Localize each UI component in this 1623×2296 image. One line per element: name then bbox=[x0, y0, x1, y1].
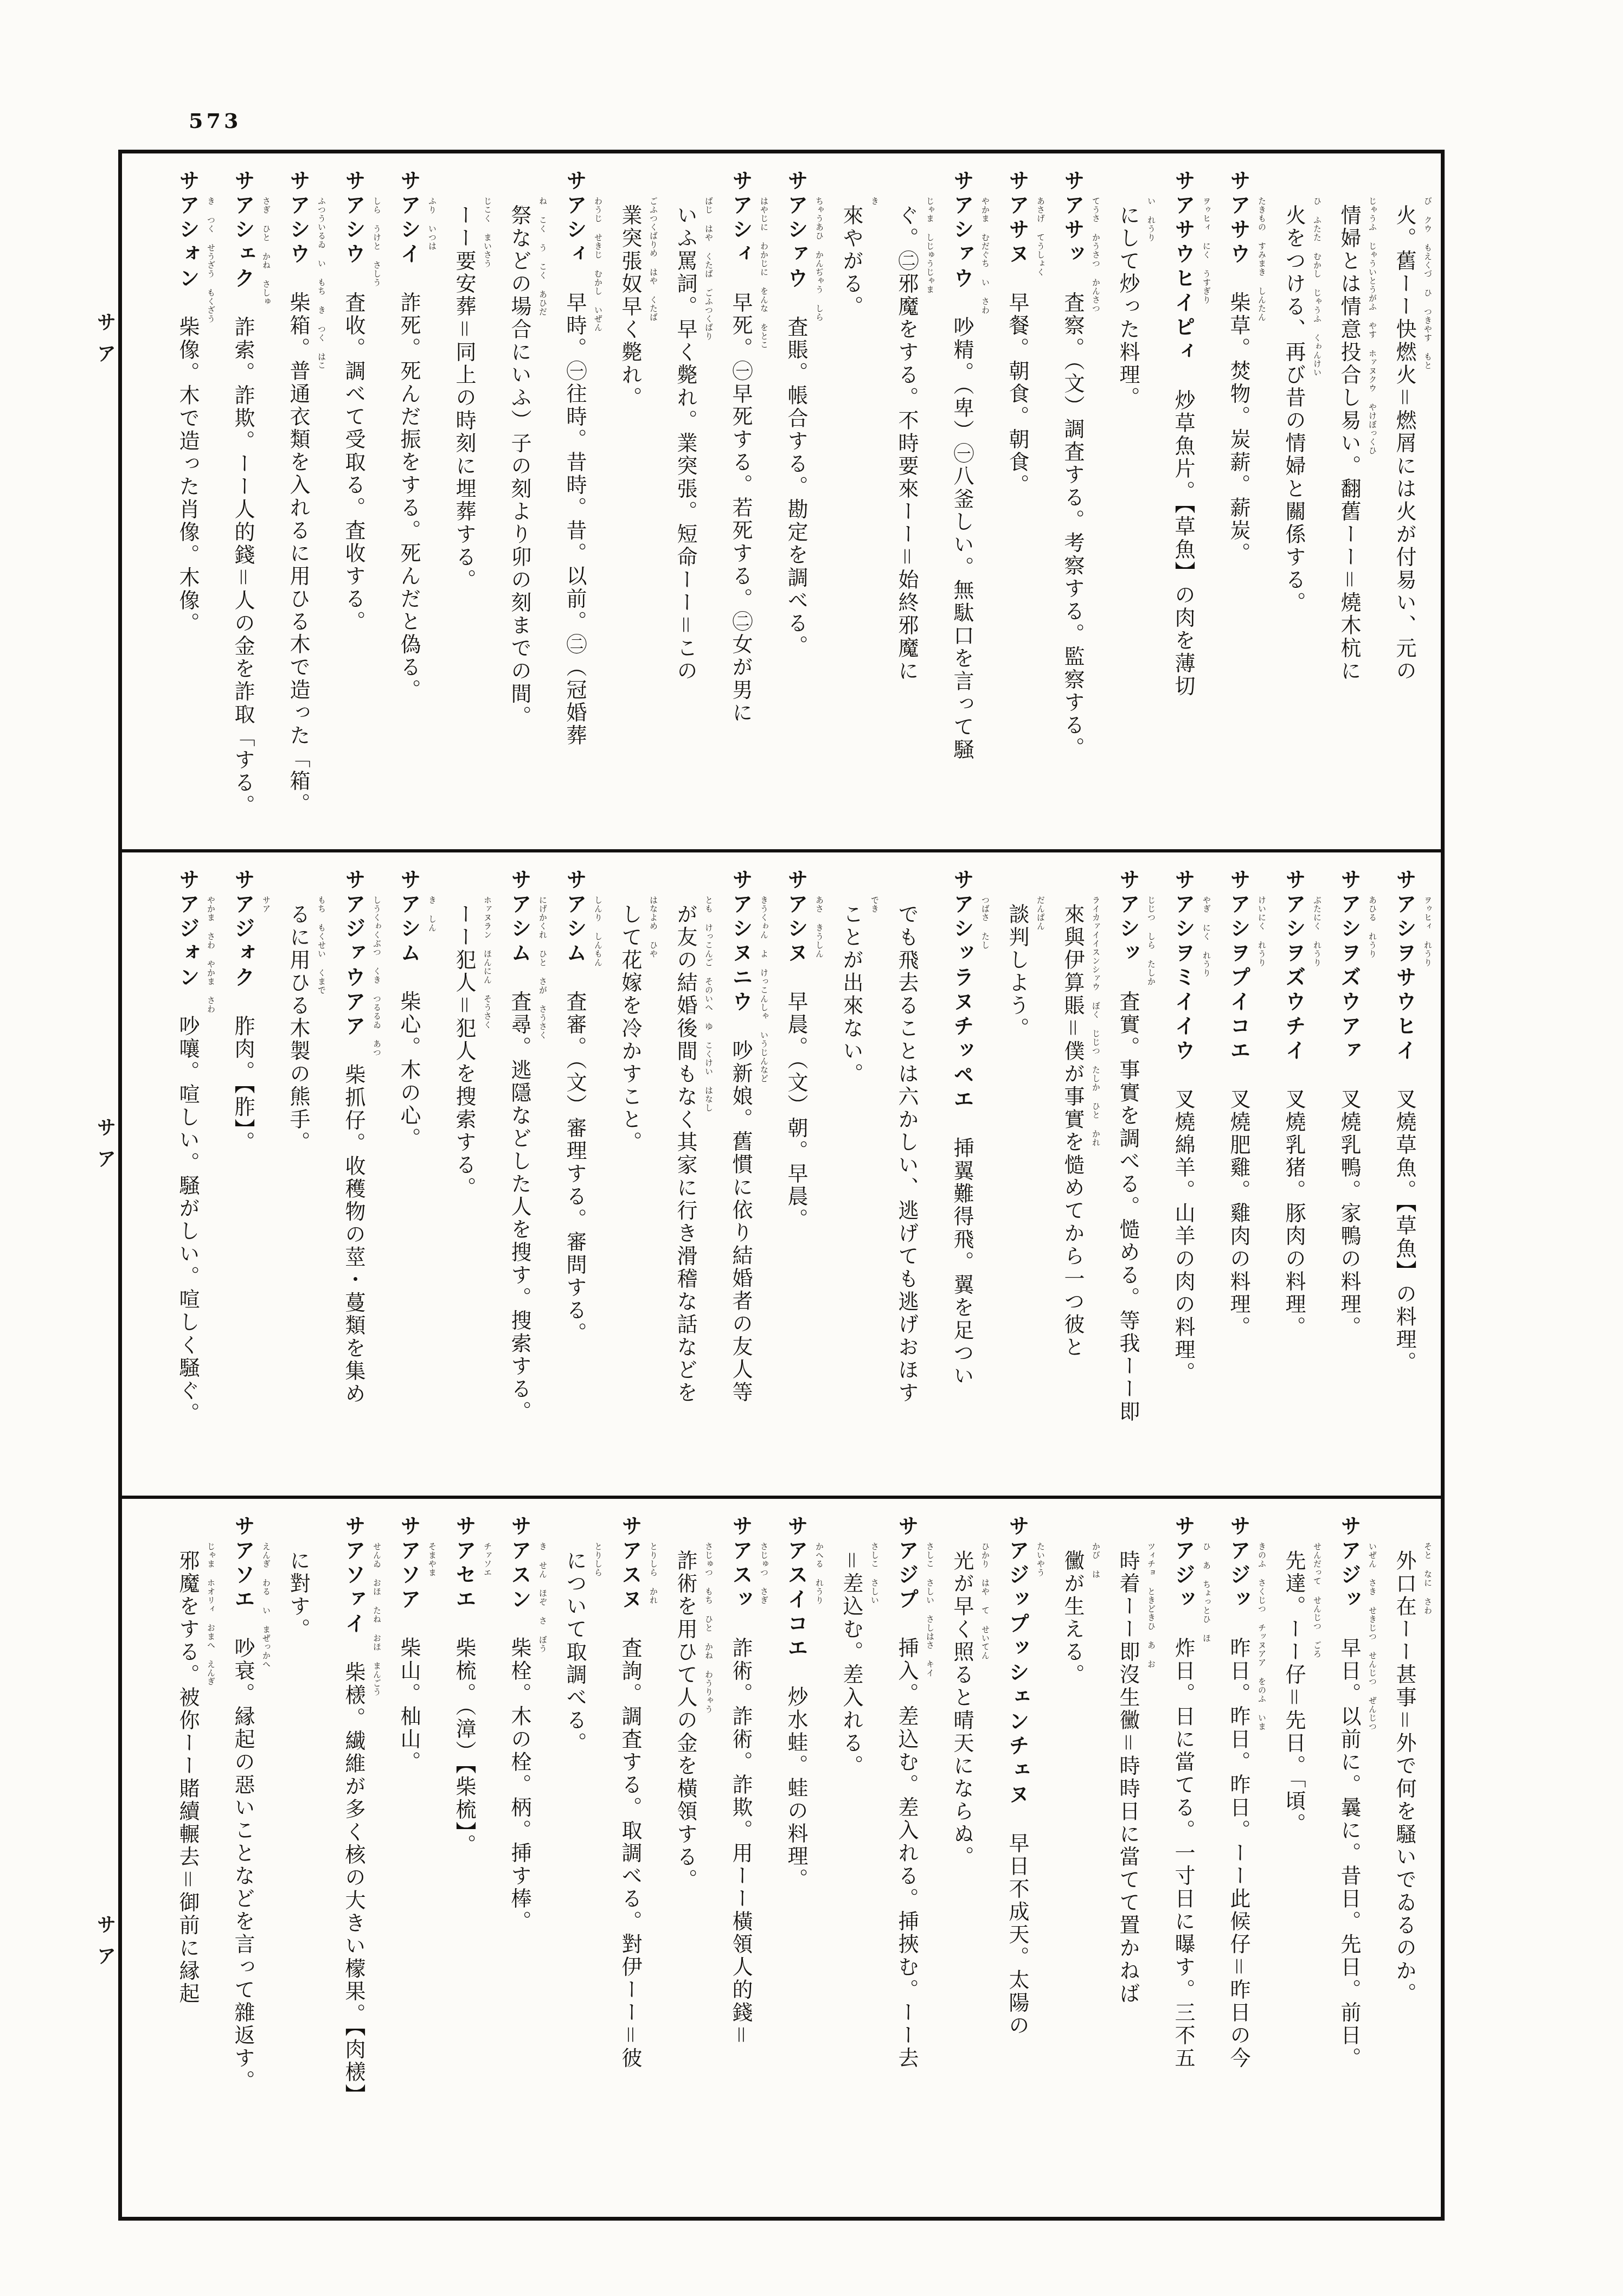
entry-column: サアシヲミイイウ 叉燒綿羊。山羊の肉の料理。やぎ にく れうり bbox=[1156, 865, 1211, 1486]
definition-text: 査尋。逃隱などした人を搜す。搜索する。 bbox=[508, 991, 531, 1423]
definition-text: 査詢。調査する。取調べる。對伊ーー＝彼 bbox=[618, 1637, 642, 2070]
furigana-ruby: じじつ しら たしか bbox=[1146, 896, 1156, 986]
continuation-column: 光が早く照ると晴天にならぬ。ひかり はや て せいてん bbox=[934, 1512, 990, 2208]
definition-text: ーー犯人＝犯人を搜索する。 bbox=[452, 903, 476, 1200]
furigana-ruby: さじゅつ さぎ bbox=[759, 1542, 768, 1605]
definition-text: 早餐。朝食。朝食。 bbox=[1005, 292, 1029, 497]
furigana-ruby: ヲゥヒィ れうり bbox=[1423, 896, 1432, 967]
entry-column: サアスッ 詐術。詐術。詐欺。用ーー橫領人的錢＝さじゅつ さぎ bbox=[713, 1512, 768, 2208]
entry-column: サアジッ 昨日。昨日。昨日。ーー此候仔＝昨日の今きのふ さくじつ チッヌアア を… bbox=[1211, 1512, 1266, 2208]
furigana-ruby: いぜん さき せきじつ せんじつ ぜんじつ bbox=[1368, 1542, 1377, 1731]
definition-text: 炸日。日に當てる。一寸日に曝す。三不五 bbox=[1171, 1637, 1195, 2070]
definition-text: 談判しよう。 bbox=[1005, 903, 1029, 1040]
furigana-ruby: けいにく れうり bbox=[1257, 896, 1266, 967]
definition-text: 柴山。杣山。 bbox=[397, 1637, 421, 1774]
definition-text: るに用ひる木製の熊手。 bbox=[286, 903, 310, 1154]
furigana-ruby: ごふつくばりめ はや くたば bbox=[649, 197, 658, 322]
continuation-column: 談判しよう。だんぱん bbox=[990, 865, 1045, 1486]
continuation-column: 時着ーー即沒生黴＝時時日に當てて置かねばツィチョ ときどきひ あ お bbox=[1100, 1512, 1156, 2208]
headword-katakana: サアシァウ bbox=[784, 170, 809, 316]
definition-text: 挿入。差込む。差入れる。挿挾む。ーー去 bbox=[895, 1637, 919, 2070]
furigana-ruby: とりしら かれ bbox=[649, 1542, 658, 1605]
definition-text: 柴心。木の心。 bbox=[397, 991, 421, 1150]
furigana-ruby: き つく せうざう もくざう bbox=[206, 197, 215, 323]
headword-katakana: サアサウ bbox=[1227, 170, 1251, 292]
furigana-ruby: ライカァイイスンシァウ ぼく じじつ たしか ひと かれ bbox=[1091, 896, 1100, 1147]
definition-text: 柴檨。繊維が多く核の大きい檬果。【肉檨】 bbox=[342, 1662, 365, 2107]
entry-column: サアシイ 詐死。死んだ振をする。死んだと偽る。ふり いつは bbox=[381, 166, 437, 839]
headword-katakana: サアスイコエ bbox=[784, 1515, 809, 1686]
furigana-ruby: さぎ ひと かね さしゅ bbox=[261, 197, 271, 306]
continuation-column: 情婦とは情意投合し易い。翻舊ーー＝燒木杭にじゃうふ じゃういとうがふ やす ホァ… bbox=[1322, 166, 1377, 839]
entry-column: サアシム 査尋。逃隱などした人を搜す。搜索する。にげかくれ ひと さが さうさく bbox=[492, 865, 547, 1486]
definition-text: 柴像。木で造った肖像。木像。 bbox=[176, 316, 200, 635]
headword-katakana: サアジォン bbox=[176, 869, 200, 1015]
definition-text: 叉燒肥雞。雞肉の料理。 bbox=[1227, 1088, 1250, 1339]
furigana-ruby: てうさ かうさつ かんさつ bbox=[1091, 197, 1100, 313]
entry-column: サアシェク 詐索。詐欺。ーー人的錢＝人の金を詐取「する。さぎ ひと かね さしゅ bbox=[215, 166, 271, 839]
definition-text: 黴が生える。 bbox=[1061, 1550, 1085, 1686]
furigana-ruby: はなよめ ひや bbox=[649, 896, 658, 958]
furigana-ruby: しうくゎくぶつ くき つるるゐ あつ bbox=[372, 896, 381, 1057]
headword-katakana: サアシヲサウヒイ bbox=[1393, 869, 1417, 1088]
furigana-ruby: やかま むだぐち い さわ bbox=[980, 197, 990, 315]
definition-text: 炒水蛙。蛙の料理。 bbox=[784, 1686, 808, 1891]
headword-katakana: サアスッ bbox=[729, 1515, 753, 1637]
furigana-ruby: じゃま しじゅうじゃま bbox=[925, 197, 934, 294]
entry-column: サアスイコエ 炒水蛙。蛙の料理。かへる れうり bbox=[768, 1512, 824, 2208]
entry-band-top: 火。舊ーー快燃火＝燃屑には火が付易い、元のび クウ もえくづ ひ つきやす もと… bbox=[122, 153, 1441, 849]
continuation-column: ーー犯人＝犯人を搜索する。ホァヌラン ほんにん そうさく bbox=[437, 865, 492, 1486]
entry-column: サアシィ 早死。㊀早死する。若死する。㊁女が男にはやじに わかじに をんな をと… bbox=[713, 166, 768, 839]
continuation-column: について取調べる。とりしら bbox=[547, 1512, 602, 2208]
definition-text: でも飛去ることは六かしい、逃げても逃げおほす bbox=[895, 903, 919, 1404]
entry-column: サアシヲズウチイ 叉燒乳猪。豚肉の料理。ぶたにく れうり bbox=[1266, 865, 1322, 1486]
entry-column: サアシォン 柴像。木で造った肖像。木像。き つく せうざう もくざう bbox=[160, 166, 215, 839]
headword-katakana: サアソエ bbox=[231, 1515, 255, 1637]
margin-section-label-bottom: サア bbox=[87, 1914, 119, 1977]
headword-katakana: サアシヲプイコエ bbox=[1227, 869, 1251, 1088]
definition-text: について取調べる。 bbox=[563, 1550, 587, 1755]
entry-band-bottom: 外口在ーー甚事＝外で何を騷いでゐるのか。そと なに さわサアジッ 早日。以前に。… bbox=[122, 1496, 1441, 2218]
entry-column: サアセエ 柴梳。（漳）【柴梳】。チァソエ bbox=[437, 1512, 492, 2208]
definition-text: 査審。（文）審理する。審問する。 bbox=[563, 991, 587, 1345]
scanned-dictionary-page: { "page_number": "573", "margin_labels":… bbox=[0, 0, 1623, 2296]
definition-text: 昨日。昨日。昨日。ーー此候仔＝昨日の今 bbox=[1227, 1637, 1250, 2070]
furigana-ruby: だんぱん bbox=[1036, 896, 1045, 931]
definition-text: 情婦とは情意投合し易い。翻舊ーー＝燒木杭に bbox=[1337, 204, 1361, 683]
headword-katakana: サアシヲミイイウ bbox=[1171, 869, 1196, 1088]
definition-text: 吵嚷。喧しい。騒がしい。喧しく騒ぐ。 bbox=[176, 1015, 200, 1425]
continuation-column: 黴が生える。かび は bbox=[1045, 1512, 1100, 2208]
entry-column: サアジプ 挿入。差込む。差入れる。挿挾む。ーー去さしこ さしい さしはさ キイ bbox=[879, 1512, 934, 2208]
headword-katakana: サアサッ bbox=[1061, 170, 1085, 292]
definition-text: 來やがる。 bbox=[839, 204, 863, 318]
entry-column: サアシッ 査實。事實を調べる。慥める。等我ーー即じじつ しら たしか bbox=[1100, 865, 1156, 1486]
margin-section-label-middle: サア bbox=[87, 1117, 119, 1180]
definition-text: 光が早く照ると晴天にならぬ。 bbox=[950, 1550, 974, 1869]
headword-katakana: サアサウヒイピィ bbox=[1171, 170, 1196, 389]
continuation-column: 火をつける、再び昔の情婦と關係する。ひ ふたた むかし じゃうふ くゎんけい bbox=[1266, 166, 1322, 839]
furigana-ruby: きうくゎん よ けっこんしゃ いうじんなど bbox=[759, 896, 768, 1083]
furigana-ruby: しんり しんもん bbox=[593, 896, 602, 967]
headword-katakana: サアシァウ bbox=[950, 170, 974, 316]
headword-katakana: サアシム bbox=[397, 869, 421, 991]
furigana-ruby: ひ ふたた むかし じゃうふ くゎんけい bbox=[1312, 197, 1322, 377]
furigana-ruby: ぶたにく れうり bbox=[1312, 896, 1322, 967]
definition-text: 詐死。死んだ振をする。死んだと偽る。 bbox=[397, 292, 421, 702]
furigana-ruby: たいやう bbox=[1036, 1542, 1045, 1577]
furigana-ruby: せんだって せんじつ ごろ bbox=[1312, 1542, 1322, 1658]
continuation-column: にして炒った料理。い れうり bbox=[1100, 166, 1156, 839]
definition-text: にして炒った料理。 bbox=[1116, 204, 1140, 409]
furigana-ruby: ひかり はや て せいてん bbox=[980, 1542, 990, 1660]
definition-text: 吵精。（卑）㊀八釜しい。無駄口を言って騒 bbox=[950, 316, 974, 761]
headword-katakana: サアシム bbox=[508, 869, 532, 991]
definition-text: が友の結婚後間もなく其家に行き滑稽な話などを bbox=[673, 903, 697, 1404]
definition-text: 柴抓仔。收穫物の莖・蔓類を集め bbox=[342, 1064, 365, 1406]
definition-text: 柴草。焚物。炭薪。薪炭。 bbox=[1227, 292, 1250, 565]
definition-text: 査賬。帳合する。勘定を調べる。 bbox=[784, 316, 808, 658]
definition-text: 炒草魚片。【草魚】の肉を薄切 bbox=[1171, 389, 1195, 698]
furigana-ruby: き しん bbox=[427, 896, 437, 932]
margin-section-label-top: サア bbox=[87, 312, 119, 375]
definition-text: 挿翼難得飛。翼を足つい bbox=[950, 1137, 974, 1388]
furigana-ruby: サア bbox=[261, 896, 271, 913]
continuation-column: ＝差込む。差入れる。さしこ さしい bbox=[824, 1512, 879, 2208]
definition-text: 叉燒乳鴨。家鴨の料理。 bbox=[1337, 1088, 1361, 1339]
definition-text: 叉燒綿羊。山羊の肉の料理。 bbox=[1171, 1088, 1195, 1384]
headword-katakana: サアソァイ bbox=[342, 1515, 366, 1662]
entry-column: サアジォク 胙肉。【胙】。サア bbox=[215, 865, 271, 1486]
headword-katakana: サアジァウアア bbox=[342, 869, 366, 1064]
entry-column: サアサウ 柴草。焚物。炭薪。薪炭。たきもの すみまき しんたん bbox=[1211, 166, 1266, 839]
headword-katakana: サアシェク bbox=[231, 170, 255, 316]
headword-katakana: サアセエ bbox=[452, 1515, 477, 1637]
continuation-column: ぐ。㊁邪魔をする。不時要來ーー＝始終邪魔にじゃま しじゅうじゃま bbox=[879, 166, 934, 839]
entry-column: サアソエ 吵衰。縁起の惡いことなどを言って雜返す。えんぎ わる い まぜっかへ bbox=[215, 1512, 271, 2208]
headword-katakana: サアシウ bbox=[342, 170, 366, 292]
continuation-column: でも飛去ることは六かしい、逃げても逃げおほす bbox=[879, 865, 934, 1486]
definition-text: 吵新娘。舊慣に依り結婚者の友人等 bbox=[729, 1040, 753, 1404]
headword-katakana: サアサヌ bbox=[1005, 170, 1030, 292]
continuation-column: 祭などの場合にいふ）子の刻より卯の刻までの間。ね こく う こく あひだ bbox=[492, 166, 547, 839]
furigana-ruby: ふつういるゐ い もち き つく はこ bbox=[317, 197, 326, 370]
furigana-ruby: き せん ほぞ さ ぼう bbox=[538, 1542, 547, 1653]
definition-text: して花嫁を冷かすこと。 bbox=[618, 903, 642, 1154]
definition-text: いふ罵詞。早く斃れ。業突張。短命ーー＝この bbox=[673, 204, 697, 683]
definition-text: ーー要安葬＝同上の時刻に埋葬する。 bbox=[452, 204, 476, 592]
furigana-ruby: ちゃうあひ かんぢゃう しら bbox=[814, 197, 824, 322]
definition-text: 早晨。（文）朝。早晨。 bbox=[784, 991, 808, 1231]
definition-text: 先達。ーー仔＝先日。「頃。 bbox=[1282, 1550, 1306, 1836]
entry-band-middle: サアシヲサウヒイ 叉燒草魚。【草魚】の料理。ヲゥヒィ れうりサアシヲズウアァ 叉… bbox=[122, 849, 1441, 1496]
definition-text: 吵衰。縁起の惡いことなどを言って雜返す。 bbox=[231, 1637, 255, 2093]
furigana-ruby: じこく まいさう bbox=[483, 197, 492, 268]
headword-katakana: サアシイ bbox=[397, 170, 421, 292]
headword-katakana: サアシウ bbox=[286, 170, 311, 292]
entry-column: サアスヌ 査詢。調査する。取調べる。對伊ーー＝彼とりしら かれ bbox=[602, 1512, 658, 2208]
headword-katakana: サアジッ bbox=[1227, 1515, 1251, 1637]
definition-text: 柴栓。木の栓。柄。挿す棒。 bbox=[508, 1637, 531, 1933]
entry-column: サアソア 柴山。杣山。そまやま bbox=[381, 1512, 437, 2208]
definition-text: 詐術。詐術。詐欺。用ーー橫領人的錢＝ bbox=[729, 1637, 753, 2047]
continuation-column: いふ罵詞。早く斃れ。業突張。短命ーー＝このばじ はや くたば ごふつくばり bbox=[658, 166, 713, 839]
entry-column: サアジッ 早日。以前に。曩に。昔日。先日。前日。いぜん さき せきじつ せんじつ… bbox=[1322, 1512, 1377, 2208]
definition-text: 叉燒草魚。【草魚】の料理。 bbox=[1393, 1088, 1416, 1374]
definition-text: 叉燒乳猪。豚肉の料理。 bbox=[1282, 1088, 1306, 1339]
headword-katakana: サアシヲズウアァ bbox=[1337, 869, 1362, 1088]
continuation-column: に對す。 bbox=[271, 1512, 326, 2208]
definition-text: 邪魔をする。被你ーー賭續輾去＝御前に縁起 bbox=[176, 1550, 200, 2005]
entry-column: サアシィ 早時。㊀往時。昔時。昔。以前。㊁（冠婚葬わうじ せきじ むかし いぜん bbox=[547, 166, 602, 839]
entry-column: サアサヌ 早餐。朝食。朝食。あさげ てうしょく bbox=[990, 166, 1045, 839]
headword-katakana: サアジップッシェンチェヌ bbox=[1005, 1515, 1030, 1832]
page-number: 573 bbox=[189, 108, 241, 133]
definition-text: ことが出來ない。 bbox=[839, 903, 863, 1086]
furigana-ruby: わうじ せきじ むかし いぜん bbox=[593, 197, 602, 332]
headword-katakana: サアジプ bbox=[895, 1515, 919, 1637]
definition-text: 來與伊算賬＝僕が事實を慥めてから一つ彼と bbox=[1061, 903, 1085, 1359]
furigana-ruby: やかま さわ やかま さわ bbox=[206, 896, 215, 1014]
headword-katakana: サアシィ bbox=[729, 170, 753, 292]
entry-column: サアシヲズウアァ 叉燒乳鴨。家鴨の料理。あひる れうり bbox=[1322, 865, 1377, 1486]
continuation-column: が友の結婚後間もなく其家に行き滑稽な話などをとも けっこんご そのいへ ゆ こく… bbox=[658, 865, 713, 1486]
definition-text: 祭などの場合にいふ）子の刻より卯の刻までの間。 bbox=[508, 204, 531, 728]
furigana-ruby: はやじに わかじに をんな をとこ bbox=[759, 197, 768, 349]
entry-column: サアシム 査審。（文）審理する。審問する。しんり しんもん bbox=[547, 865, 602, 1486]
definition-text: 外口在ーー甚事＝外で何を騷いでゐるのか。 bbox=[1393, 1550, 1416, 2005]
furigana-ruby: とも けっこんご そのいへ ゆ こくけい はなし bbox=[704, 896, 713, 1112]
headword-katakana: サアジォク bbox=[231, 869, 255, 1015]
furigana-ruby: あさげ てうしょく bbox=[1036, 197, 1045, 277]
furigana-ruby: さじゅつ もち ひと かね わうりゃう bbox=[704, 1542, 713, 1714]
entry-column: サアシァウ 吵精。（卑）㊀八釜しい。無駄口を言って騒やかま むだぐち い さわ bbox=[934, 166, 990, 839]
furigana-ruby: かへる れうり bbox=[814, 1542, 824, 1605]
furigana-ruby: もち もくせい くまで bbox=[317, 896, 326, 995]
furigana-ruby: えんぎ わる い まぜっかへ bbox=[261, 1542, 271, 1669]
entry-column: サアシム 柴心。木の心。き しん bbox=[381, 865, 437, 1486]
continuation-column: 業突張奴早く斃れ。ごふつくばりめ はや くたば bbox=[602, 166, 658, 839]
headword-katakana: サアソア bbox=[397, 1515, 421, 1637]
furigana-ruby: たきもの すみまき しんたん bbox=[1257, 197, 1266, 322]
furigana-ruby: つばさ たし bbox=[980, 896, 990, 950]
entry-column: サアジァウアア 柴抓仔。收穫物の莖・蔓類を集めしうくゎくぶつ くき つるるゐ あ… bbox=[326, 865, 381, 1486]
continuation-column: るに用ひる木製の熊手。もち もくせい くまで bbox=[271, 865, 326, 1486]
continuation-column: ーー要安葬＝同上の時刻に埋葬する。じこく まいさう bbox=[437, 166, 492, 839]
furigana-ruby: ひ あ ちょっとひ ほ bbox=[1202, 1542, 1211, 1643]
furigana-ruby: ホァヌラン ほんにん そうさく bbox=[483, 896, 492, 1029]
furigana-ruby: しら うけと さしう bbox=[372, 197, 381, 287]
headword-katakana: サアジッ bbox=[1337, 1515, 1362, 1637]
definition-text: 査實。事實を調べる。慥める。等我ーー即 bbox=[1116, 991, 1140, 1423]
definition-text: 早時。㊀往時。昔時。昔。以前。㊁（冠婚葬 bbox=[563, 292, 587, 747]
definition-text: 時着ーー即沒生黴＝時時日に當てて置かねば bbox=[1116, 1550, 1140, 2005]
continuation-column: ことが出來ない。でき bbox=[824, 865, 879, 1486]
entry-column: サアシヌニウ 吵新娘。舊慣に依り結婚者の友人等きうくゎん よ けっこんしゃ いう… bbox=[713, 865, 768, 1486]
furigana-ruby: ね こく う こく あひだ bbox=[538, 197, 547, 316]
continuation-column: 外口在ーー甚事＝外で何を騷いでゐるのか。そと なに さわ bbox=[1377, 1512, 1432, 2208]
definition-text: 業突張奴早く斃れ。 bbox=[618, 204, 642, 409]
furigana-ruby: きのふ さくじつ チッヌアア をのふ いま bbox=[1257, 1542, 1266, 1731]
furigana-ruby: さしこ さしい bbox=[870, 1542, 879, 1605]
continuation-column: 火。舊ーー快燃火＝燃屑には火が付易い、元のび クウ もえくづ ひ つきやす もと bbox=[1377, 166, 1432, 839]
definition-text: 査收。調べて受取る。査收する。 bbox=[342, 292, 365, 633]
headword-katakana: サアシッ bbox=[1116, 869, 1140, 991]
furigana-ruby: い れうり bbox=[1146, 197, 1156, 242]
entry-column: サアシヲサウヒイ 叉燒草魚。【草魚】の料理。ヲゥヒィ れうり bbox=[1377, 865, 1432, 1486]
furigana-ruby: ツィチョ ときどきひ あ お bbox=[1146, 1542, 1156, 1669]
entry-column: サアジップッシェンチェヌ 早日不成天。太陽のたいやう bbox=[990, 1512, 1045, 2208]
definition-text: 早日不成天。太陽の bbox=[1005, 1832, 1029, 2037]
entry-column: サアサッ 査察。（文）調査する。考察する。監察する。てうさ かうさつ かんさつ bbox=[1045, 166, 1100, 839]
headword-katakana: サアシィ bbox=[563, 170, 587, 292]
definition-text: ＝差込む。差入れる。 bbox=[839, 1550, 863, 1778]
definition-text: 査察。（文）調査する。考察する。監察する。 bbox=[1061, 292, 1085, 760]
furigana-ruby: でき bbox=[870, 896, 879, 913]
headword-katakana: サアスヌ bbox=[618, 1515, 643, 1637]
continuation-column: 邪魔をする。被你ーー賭續輾去＝御前に縁起じゃま ホオリィ おまへ えんぎ bbox=[160, 1512, 215, 2208]
headword-katakana: サアスン bbox=[508, 1515, 532, 1637]
definition-text: 早死。㊀早死する。若死する。㊁女が男に bbox=[729, 292, 753, 724]
entry-column: サアシァウ 査賬。帳合する。勘定を調べる。ちゃうあひ かんぢゃう しら bbox=[768, 166, 824, 839]
entry-column: サアソァイ 柴檨。繊維が多く核の大きい檬果。【肉檨】せんゐ おほ たね おほ ま… bbox=[326, 1512, 381, 2208]
furigana-ruby: やぎ にく れうり bbox=[1202, 896, 1211, 977]
continuation-column: 來與伊算賬＝僕が事實を慥めてから一つ彼とライカァイイスンシァウ ぼく じじつ た… bbox=[1045, 865, 1100, 1486]
definition-text: ぐ。㊁邪魔をする。不時要來ーー＝始終邪魔に bbox=[895, 204, 919, 683]
headword-katakana: サアシッラヌチッペエ bbox=[950, 869, 974, 1137]
furigana-ruby: ばじ はや くたば ごふつくばり bbox=[704, 197, 713, 341]
furigana-ruby: かび は bbox=[1091, 1542, 1100, 1579]
furigana-ruby: ヲゥヒィ にく うすぎり bbox=[1202, 197, 1211, 304]
definition-text: 柴梳。（漳）【柴梳】。 bbox=[452, 1637, 476, 1857]
furigana-ruby: じゃま ホオリィ おまへ えんぎ bbox=[206, 1542, 215, 1686]
furigana-ruby: にげかくれ ひと さが さうさく bbox=[538, 896, 547, 1040]
entry-column: サアスン 柴栓。木の栓。柄。挿す棒。き せん ほぞ さ ぼう bbox=[492, 1512, 547, 2208]
furigana-ruby: ふり いつは bbox=[427, 197, 437, 251]
entry-column: サアサウヒイピィ 炒草魚片。【草魚】の肉を薄切ヲゥヒィ にく うすぎり bbox=[1156, 166, 1211, 839]
definition-text: 柴箱。普通衣類を入れるに用ひる木で造った「箱。 bbox=[286, 292, 310, 816]
furigana-ruby: そまやま bbox=[427, 1542, 437, 1577]
definition-text: 火。舊ーー快燃火＝燃屑には火が付易い、元の bbox=[1393, 204, 1416, 683]
entry-column: サアシッラヌチッペエ 挿翼難得飛。翼を足ついつばさ たし bbox=[934, 865, 990, 1486]
furigana-ruby: び クウ もえくづ ひ つきやす もと bbox=[1423, 197, 1432, 370]
definition-text: 胙肉。【胙】。 bbox=[231, 1015, 255, 1154]
furigana-ruby: さしこ さしい さしはさ キイ bbox=[925, 1542, 934, 1677]
furigana-ruby: き bbox=[870, 197, 879, 206]
furigana-ruby: じゃうふ じゃういとうがふ やす ホァヌクウ やけぼっくひ bbox=[1368, 197, 1377, 455]
dictionary-box: 火。舊ーー快燃火＝燃屑には火が付易い、元のび クウ もえくづ ひ つきやす もと… bbox=[118, 150, 1445, 2221]
entry-column: サアシウ 査收。調べて受取る。査收する。しら うけと さしう bbox=[326, 166, 381, 839]
entry-column: サアシヲプイコエ 叉燒肥雞。雞肉の料理。けいにく れうり bbox=[1211, 865, 1266, 1486]
furigana-ruby: あひる れうり bbox=[1368, 896, 1377, 958]
definition-text: 早日。以前に。曩に。昔日。先日。前日。 bbox=[1337, 1637, 1361, 2070]
furigana-ruby: あさ きうしん bbox=[814, 896, 824, 958]
continuation-column: して花嫁を冷かすこと。はなよめ ひや bbox=[602, 865, 658, 1486]
headword-katakana: サアシヌ bbox=[784, 869, 809, 991]
furigana-ruby: とりしら bbox=[593, 1542, 602, 1577]
definition-text: に對す。 bbox=[286, 1550, 310, 1641]
definition-text: 詐索。詐欺。ーー人的錢＝人の金を詐取「する。 bbox=[231, 316, 255, 817]
definition-text: 詐術を用ひて人の金を橫領する。 bbox=[673, 1550, 697, 1891]
entry-column: サアジォン 吵嚷。喧しい。騒がしい。喧しく騒ぐ。やかま さわ やかま さわ bbox=[160, 865, 215, 1486]
headword-katakana: サアジッ bbox=[1171, 1515, 1196, 1637]
furigana-ruby: そと なに さわ bbox=[1423, 1542, 1432, 1615]
headword-katakana: サアシヲズウチイ bbox=[1282, 869, 1306, 1088]
entry-column: サアジッ 炸日。日に當てる。一寸日に曝す。三不五ひ あ ちょっとひ ほ bbox=[1156, 1512, 1211, 2208]
definition-text: 火をつける、再び昔の情婦と關係する。 bbox=[1282, 204, 1306, 614]
continuation-column: 來やがる。き bbox=[824, 166, 879, 839]
continuation-column: 先達。ーー仔＝先日。「頃。せんだって せんじつ ごろ bbox=[1266, 1512, 1322, 2208]
entry-column: サアシウ 柴箱。普通衣類を入れるに用ひる木で造った「箱。ふつういるゐ い もち … bbox=[271, 166, 326, 839]
headword-katakana: サアシォン bbox=[176, 170, 200, 316]
furigana-ruby: チァソエ bbox=[483, 1542, 492, 1577]
entry-column: サアシヌ 早晨。（文）朝。早晨。あさ きうしん bbox=[768, 865, 824, 1486]
continuation-column: 詐術を用ひて人の金を橫領する。さじゅつ もち ひと かね わうりゃう bbox=[658, 1512, 713, 2208]
headword-katakana: サアシム bbox=[563, 869, 587, 991]
furigana-ruby: せんゐ おほ たね おほ まんごう bbox=[372, 1542, 381, 1696]
headword-katakana: サアシヌニウ bbox=[729, 869, 753, 1040]
